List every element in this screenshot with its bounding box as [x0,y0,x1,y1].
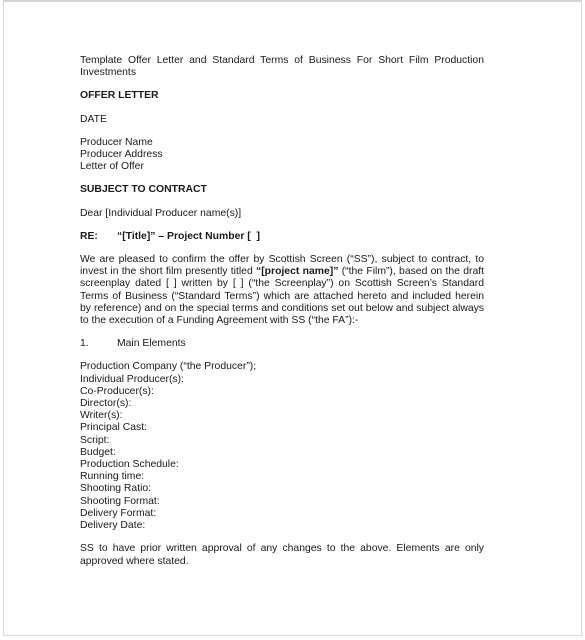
list-item: Production Schedule: [80,459,484,471]
date-label: DATE [80,114,484,126]
list-item: Production Company (“the Producer”); [80,361,484,373]
list-item: Co-Producer(s): [80,386,484,398]
list-item: Script: [80,435,484,447]
letter-of-offer: Letter of Offer [80,161,484,173]
re-label: RE: [80,231,117,243]
intro-project-name: “[project name]” [256,266,338,277]
salutation: Dear [Individual Producer name(s)] [80,208,484,220]
section-number: 1. [80,338,117,350]
re-line: RE:“[Title]” – Project Number [ ] [80,231,484,243]
list-item: Delivery Format: [80,508,484,520]
producer-name: Producer Name [80,137,484,149]
producer-address: Producer Address [80,149,484,161]
list-item: Principal Cast: [80,422,484,434]
list-item: Shooting Ratio: [80,483,484,495]
list-item: Budget: [80,447,484,459]
closing-paragraph: SS to have prior written approval of any… [80,543,484,567]
list-item: Running time: [80,471,484,483]
section-heading-main-elements: 1.Main Elements [80,338,484,350]
document-content: Template Offer Letter and Standard Terms… [80,55,484,568]
list-item: Delivery Date: [80,520,484,532]
list-item: Writer(s): [80,410,484,422]
list-item: Director(s): [80,398,484,410]
list-item: Individual Producer(s): [80,374,484,386]
document-page: Template Offer Letter and Standard Terms… [3,0,582,636]
re-text: “[Title]” – Project Number [ ] [117,231,260,242]
subject-to-contract-heading: SUBJECT TO CONTRACT [80,184,484,196]
main-elements-list: Production Company (“the Producer”); Ind… [80,361,484,532]
intro-paragraph: We are pleased to confirm the offer by S… [80,254,484,327]
document-title-line: Template Offer Letter and Standard Terms… [80,55,484,79]
address-block: Producer Name Producer Address Letter of… [80,137,484,174]
offer-letter-heading: OFFER LETTER [80,90,484,102]
section-title: Main Elements [117,338,186,350]
list-item: Shooting Format: [80,496,484,508]
